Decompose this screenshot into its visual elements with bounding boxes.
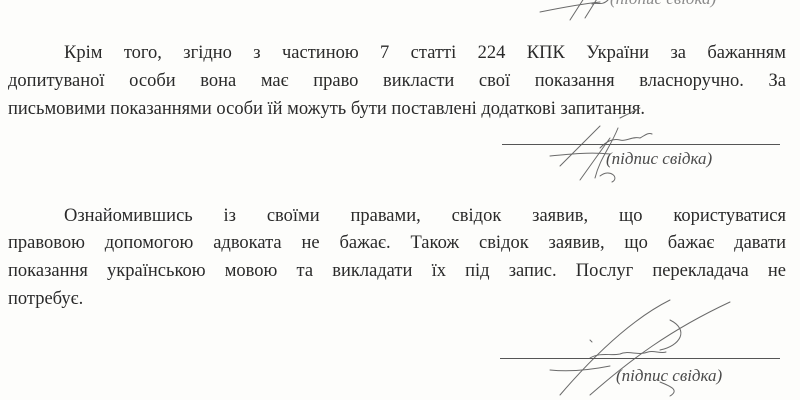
paragraph-2-line-1: Ознайомившись із своїми правами, свідок … bbox=[64, 205, 786, 227]
signature-scribble-1 bbox=[540, 108, 680, 188]
signature-label-2: (підпис свідка) bbox=[616, 366, 722, 386]
signature-label-1: (підпис свідка) bbox=[606, 149, 712, 169]
signature-line-2 bbox=[500, 358, 780, 359]
signature-label-top: (підпис свідка) bbox=[610, 0, 716, 9]
paragraph-2-line-2: правовою допомогою адвоката не бажає. Та… bbox=[8, 232, 786, 254]
paragraph-2-line-3: показання українською мовою та викладати… bbox=[8, 260, 786, 282]
paragraph-1-line-1: Крім того, згідно з частиною 7 статті 22… bbox=[64, 42, 786, 64]
signature-line-1 bbox=[502, 144, 780, 145]
paragraph-1-line-2: допитуваної особи вона має право викласт… bbox=[8, 70, 786, 92]
